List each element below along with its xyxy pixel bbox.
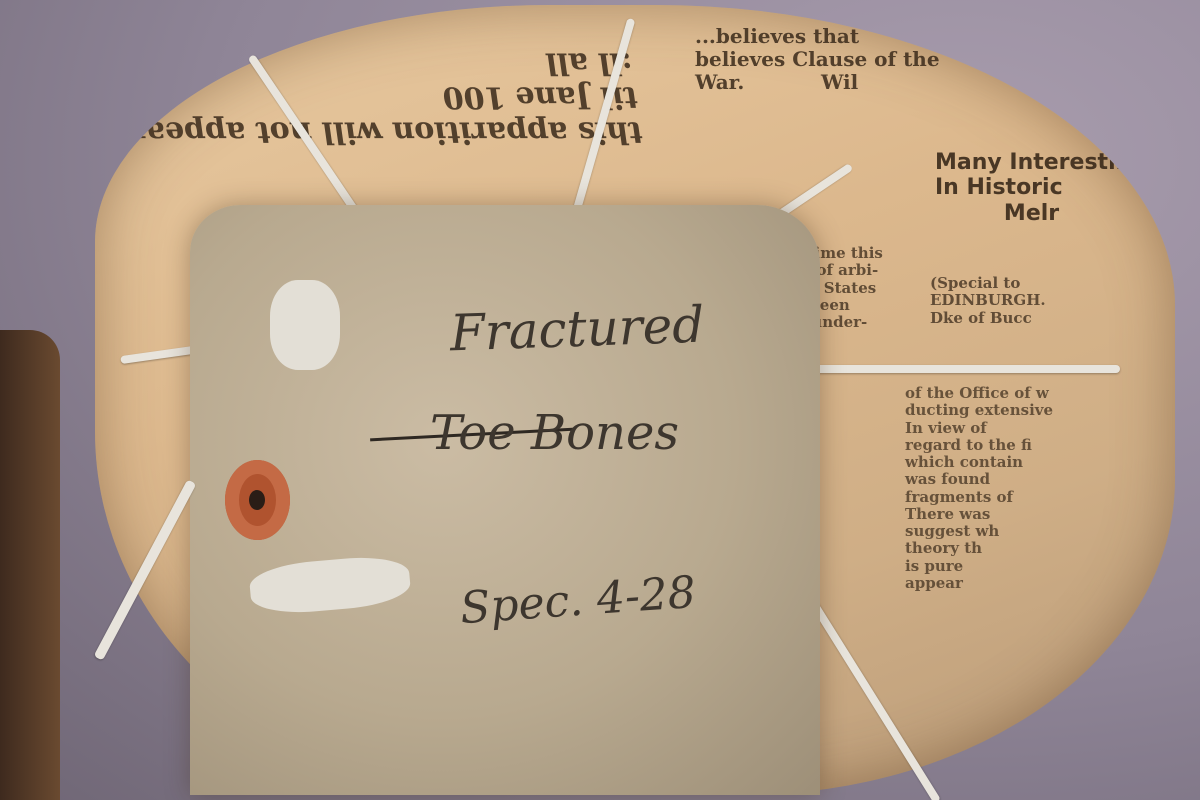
tag-eyelet [225,460,290,540]
newspaper-top-text: ...believes that believes Clause of the … [695,25,940,94]
adjacent-object [0,330,60,800]
string [800,365,1120,373]
newspaper-headline: Many Interesting In Historic Melr [935,150,1147,226]
tag-line-2: Toe Bones [430,405,679,461]
tag-line-1: Fractured [449,296,705,363]
newspaper-column-mid: of the Office of w ducting extensive In … [905,385,1053,592]
string-knot [270,280,340,370]
upside-down-headline: this apparition will not appear til Jane… [118,45,645,149]
newspaper-column-right: (Special to EDINBURGH. Dke of Bucc [930,275,1046,327]
tag-line-3: Spec. 4-28 [459,567,698,634]
